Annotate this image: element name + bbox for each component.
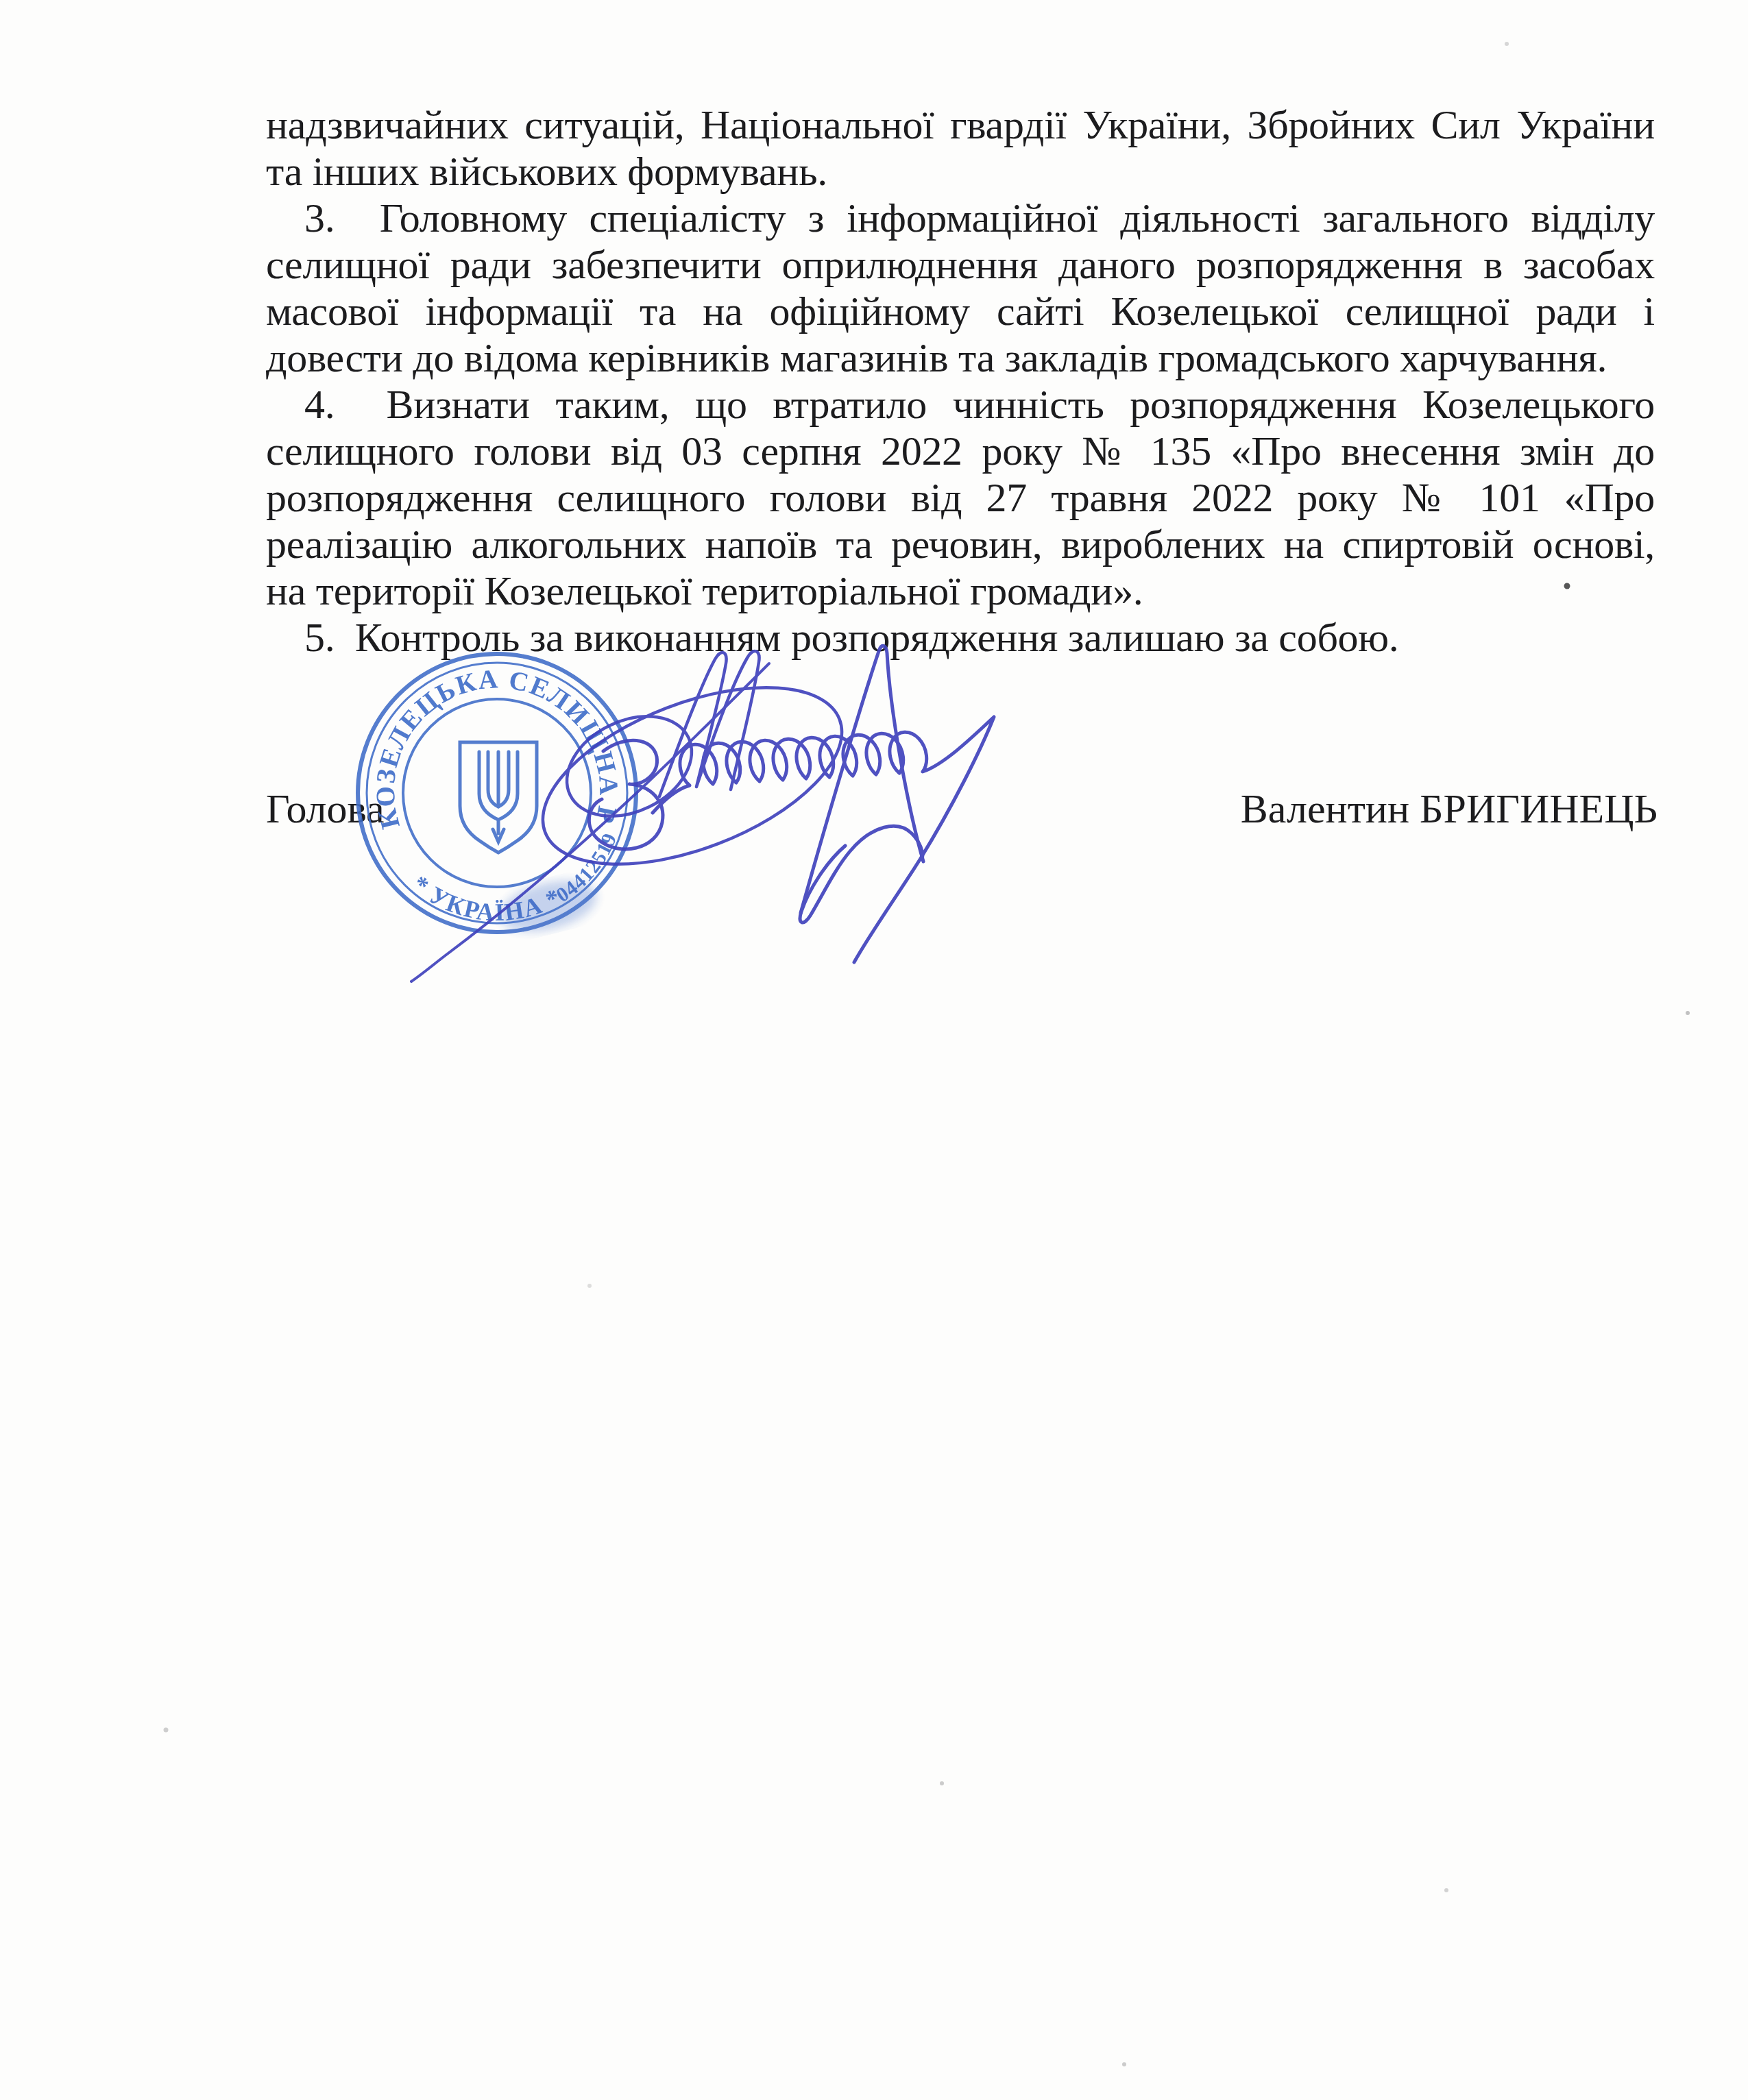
closing-row: Голова Валентин БРИГИНЕЦЬ: [266, 785, 1658, 832]
svg-text:04412519: 04412519: [553, 830, 622, 907]
svg-text:* УКРАЇНА *: * УКРАЇНА *: [407, 870, 566, 927]
document-body: надзвичайних ситуацій, Національної гвар…: [266, 101, 1655, 661]
doc-line: надзвичайних ситуацій, Національної гвар…: [266, 101, 1655, 148]
doc-line: 3. Головному спеціалісту з інформаційної…: [266, 195, 1655, 241]
stamp-code-text: 04412519: [553, 830, 622, 907]
signature-coil-train: [653, 717, 994, 962]
doc-line: 5. Контроль за виконанням розпорядження …: [266, 614, 1655, 661]
doc-line: реалізацію алкогольних напоїв та речовин…: [266, 521, 1655, 567]
doc-line: довести до відома керівників магазинів т…: [266, 334, 1655, 381]
doc-line: розпорядження селищного голови від 27 тр…: [266, 474, 1655, 521]
doc-line: селищної ради забезпечити оприлюднення д…: [266, 241, 1655, 288]
role-label: Голова: [266, 785, 385, 832]
stamp-bottom-arc-text: * УКРАЇНА *: [407, 870, 566, 927]
doc-line: 4. Визнати таким, що втратило чинність р…: [266, 381, 1655, 428]
scanned-document-page: надзвичайних ситуацій, Національної гвар…: [0, 0, 1748, 2100]
signature-large-loop: [519, 652, 865, 901]
signature-ascender-loops: [659, 651, 760, 796]
doc-line: на території Козелецької територіальної …: [266, 567, 1655, 614]
signature-bottom-loop: [800, 826, 923, 923]
doc-line: селищного голови від 03 серпня 2022 року…: [266, 428, 1655, 474]
doc-line: масової інформації та на офіційному сайт…: [266, 288, 1655, 334]
signer-name: Валентин БРИГИНЕЦЬ: [1241, 785, 1658, 832]
stamp-ink-smudge: [495, 872, 602, 941]
signature-spike: [801, 646, 923, 913]
doc-line: та інших військових формувань.: [266, 148, 1655, 195]
